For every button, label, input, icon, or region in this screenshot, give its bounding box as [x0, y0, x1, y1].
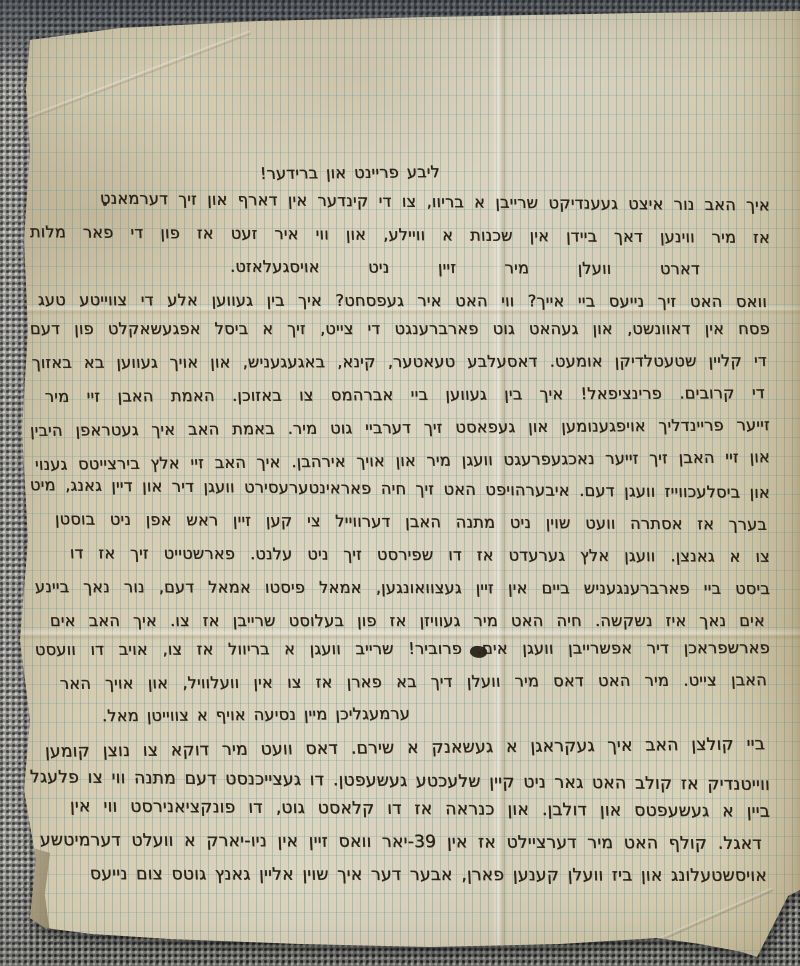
handwriting-line: דארט וועלן מיר זיין ניט אויסגעלאזט. [229, 252, 700, 284]
salutation-line: ליבע פריינט און ברידער! [259, 157, 441, 189]
torn-edge-flap [24, 846, 50, 934]
handwriting-line: צו א גאנצן. וועגן אלץ גערעדט אז דו שפירס… [69, 538, 770, 572]
handwriting-line: וואס האט זיך נייעס ביי אייך? ווי האט איר… [37, 285, 767, 317]
corner-crease-bottom-left [18, 920, 106, 945]
letter-paper: ליבע פריינט און ברידער!איך האב נור איצט … [0, 0, 800, 966]
handwriting-line: און זיי האבן זיך זייער נאכגעפרעגט וועגן … [34, 442, 771, 480]
handwriting-line: איך האב נור איצט געענדיקט שרייבן א בריוו… [99, 183, 770, 220]
handwriting-line: זייער פריינדליך אויפגענומען און געפאסט ז… [29, 410, 771, 446]
vertical-fold-crease [492, 0, 508, 966]
corner-crease-bottom-right [635, 887, 774, 952]
letter-paper-wrap: ליבע פריינט און ברידער!איך האב נור איצט … [0, 0, 800, 966]
ink-blot [469, 644, 488, 660]
handwriting-line: ביי קולצן האב איך געקראגן א געשאנק א שיר… [44, 729, 766, 767]
handwriting-line: די קרובים. פרינציפאל! איך בין געווען ביי… [44, 378, 766, 412]
handwriting-line: פארשפראכן דיר אפשרייבן וועגן אים. פרוביר… [34, 633, 771, 665]
handwriting-line: די קליין שטעטלדיקן אומעט. דאסעלבע טעאטער… [31, 346, 768, 378]
handwriting-line: און ביסלעכווייז וועגן דעם. איבערהויפט הא… [29, 470, 770, 508]
handwriting-line: ביין א געשעפטס און דולבן. און כנראה אז ד… [69, 791, 770, 827]
handwriting-line: ערמעגליכן מיין נסיעה אויף א צווייטן מאל. [101, 699, 411, 731]
handwriting-line: האבן צייט. מיר האט דאס מיר וועלן דיך בא … [59, 665, 768, 699]
handwriting-line: פסח אין דאוונשט, און געהאט גוט פארברענגט… [29, 314, 771, 344]
handwriting-line: בערך אז אסתרה וועט שוין ניט מתנה האבן דע… [54, 504, 767, 540]
handwriting-line: אים נאך איז נשקשה. חיה האט מיר געוויזן א… [49, 606, 766, 636]
handwriting-line: ביסט ביי פארברענגעניש ביים אין זיין געצו… [34, 572, 770, 604]
handwriting-text: ליבע פריינט און ברידער!איך האב נור איצט … [0, 0, 800, 966]
handwriting-line: ווייטנדיק אז קולב האט גאר ניט קיין שלעכט… [29, 762, 770, 800]
handwriting-line: דאגל. קולף האט מיר דערציילט אז אין 39-יא… [39, 825, 762, 859]
handwriting-line: אז מיר ווינען דאך ביידן אין שכנות א וויי… [29, 217, 770, 253]
handwriting-line: אויסשטעלונג און ביז וועלן קענען פארן, אב… [89, 859, 767, 891]
corner-crease-top-left [21, 30, 251, 122]
upper-fold-crease [0, 304, 800, 315]
ink-speck [103, 202, 107, 206]
lower-fold-crease [0, 628, 800, 640]
